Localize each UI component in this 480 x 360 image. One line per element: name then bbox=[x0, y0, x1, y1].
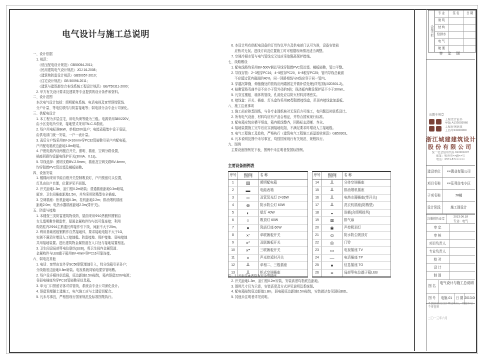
table-cell: 6 bbox=[229, 217, 239, 224]
signoff-rows: 专 业签 名日 期建 筑结 构给排水电 气暖 通 bbox=[435, 11, 476, 53]
table-cell bbox=[450, 232, 476, 240]
signoff-row: 电 气 bbox=[435, 39, 476, 46]
table-cell: 审 定 bbox=[426, 224, 450, 232]
legend-row: 23▭电视插座 TV bbox=[313, 247, 391, 255]
signature-row: 设 计 bbox=[426, 264, 475, 272]
company-logo-icon bbox=[429, 119, 442, 132]
table-cell: 图例 bbox=[322, 172, 343, 179]
table-cell: ▭ bbox=[322, 247, 343, 254]
drawing-name-value: 电气设计与施工总说明 bbox=[439, 280, 476, 293]
company-cert-lines: 工程设计证书甲级 A133005960工程咨询资质工咨甲13320060 bbox=[445, 118, 475, 133]
table-cell: 专业负责人 bbox=[426, 248, 450, 256]
legend-row: 16╨电热水器插座(带开关) bbox=[313, 195, 391, 203]
legend-row: 15╨排油烟机插座 bbox=[313, 187, 391, 195]
table-cell: ▬ bbox=[238, 187, 259, 194]
legend-row: 17╨洗衣机插座(防溅型) bbox=[313, 202, 391, 210]
legend-row: 2▬电能表箱 bbox=[229, 187, 308, 195]
table-cell: 10 bbox=[229, 247, 239, 254]
table-cell: 建 筑 bbox=[435, 18, 449, 25]
legend-row: 10×‴三联翘板开关 bbox=[229, 247, 308, 255]
legend-row: 9×″双联翘板开关 bbox=[229, 240, 308, 248]
table-cell: ××置业有限公司 bbox=[443, 166, 476, 178]
titleblock-divider-line bbox=[414, 9, 415, 351]
drawing-sheet: 电气设计与施工总说明 一、设计依据 1. 规范： 《低压配电设计规范》GB500… bbox=[0, 0, 480, 360]
project-field-row: 建设单位××置业有限公司 bbox=[426, 166, 475, 178]
table-cell bbox=[450, 240, 476, 248]
signature-row: 专业负责人 bbox=[426, 248, 475, 256]
drawing-name-label: 图 名 bbox=[426, 280, 439, 293]
table-cell: ● bbox=[238, 225, 259, 232]
table-cell: 照明配电箱 bbox=[259, 180, 308, 187]
project-field-row: 设计阶段施工图设计 bbox=[426, 202, 475, 214]
legend-row: 5◐壁灯 40W bbox=[229, 210, 308, 218]
table-cell bbox=[449, 18, 465, 25]
table-cell: 4 bbox=[229, 202, 239, 209]
license-stamp-discipline: 专业：电气 bbox=[447, 219, 476, 223]
table-cell: ═ bbox=[238, 195, 259, 202]
table-cell: 给排水 bbox=[435, 32, 449, 39]
table-cell: 制 图 bbox=[426, 272, 450, 280]
legend-row: 19⊠排气扇 bbox=[313, 217, 391, 225]
table-cell bbox=[450, 248, 476, 256]
table-cell: 电能表箱 bbox=[259, 187, 308, 194]
table-cell: ◐ bbox=[238, 210, 259, 217]
legend-row: 18◒浴霸(含照明排风) bbox=[313, 210, 391, 218]
legend-note-line: 5. 其他未注明者详见说明。 bbox=[228, 295, 413, 300]
legend-row: 11×声光控延时开关 bbox=[229, 255, 308, 263]
table-cell: ╨ bbox=[322, 180, 343, 187]
table-cell: 单联翘板开关 bbox=[259, 232, 308, 239]
table-cell bbox=[464, 18, 476, 25]
legend-row: 6○吸顶灯 60W bbox=[229, 217, 308, 225]
table-cell: 日 期 bbox=[464, 11, 476, 18]
table-cell: ×‴ bbox=[238, 247, 259, 254]
table-cell: ▤ bbox=[238, 180, 259, 187]
table-cell: 7#楼 bbox=[443, 190, 476, 202]
signoff-row: 给排水 bbox=[435, 32, 476, 39]
table-cell: 电视插座 TV bbox=[343, 247, 391, 254]
table-cell: ◒ bbox=[322, 210, 343, 217]
legend-row: 7●瓷质灯座 60W bbox=[229, 225, 308, 233]
legend-row: 4⊕防水防尘灯 60W bbox=[229, 202, 308, 210]
company-name-line2: 股份有限公司 bbox=[426, 143, 475, 151]
signoff-row: 建 筑 bbox=[435, 18, 476, 25]
legend-row: 20◉声控吸顶灯 bbox=[313, 225, 391, 233]
table-cell: 图例 bbox=[238, 172, 259, 179]
table-cell: 8 bbox=[229, 232, 239, 239]
legend-caption: 主要设备图例表 bbox=[228, 163, 254, 169]
table-cell: 声光控延时开关 bbox=[259, 255, 308, 262]
sheet-page: 电气设计与施工总说明 一、设计依据 1. 规范： 《低压配电设计规范》GB500… bbox=[0, 0, 480, 360]
table-cell: 2 bbox=[229, 187, 239, 194]
table-cell: 声控吸顶灯 bbox=[343, 225, 391, 232]
table-cell: 浴霸(含照明排风) bbox=[343, 210, 391, 217]
stamp-tag: 出图专用章 bbox=[429, 112, 444, 117]
drawing-name-row: 图 名 电气设计与施工总说明 bbox=[426, 280, 475, 294]
spec-left-column: 一、设计依据 1. 规范： 《低压配电设计规范》GB50054-2011； 《民… bbox=[33, 52, 224, 302]
table-cell: 16 bbox=[313, 195, 323, 202]
table-cell: 电话插座 TP bbox=[343, 255, 391, 262]
company-sub-lines: 统一社会信用代码 913301007地址：杭州市××路××号电话：0571-87… bbox=[426, 151, 475, 162]
table-cell: 签 名 bbox=[449, 11, 465, 18]
strip-divider-line bbox=[426, 59, 475, 60]
signature-rows: 审 定审 核项目负责人专业负责人校 对设 计制 图 bbox=[426, 224, 475, 280]
table-cell: 18 bbox=[313, 210, 323, 217]
spec-text-line: 主要设备图例见下表，图例中未注明者按国标图例。 bbox=[228, 148, 413, 154]
table-cell: 专 业 bbox=[435, 11, 449, 18]
table-cell: 15 bbox=[313, 187, 323, 194]
table-cell: 门铃 bbox=[343, 240, 391, 247]
spec-middle-column: 6. 本设计所有供配电设备的订货均以甲方及供电部门认可为准，设备安装前 应核对无… bbox=[228, 43, 413, 156]
table-cell: 壁灯 40W bbox=[259, 210, 308, 217]
company-sub-line: 电话：0571-87×××××× bbox=[426, 158, 475, 162]
table-cell: 22 bbox=[313, 240, 323, 247]
legend-row: 24—电话插座 TP bbox=[313, 255, 391, 263]
project-field-row: 子项名称7#楼 bbox=[426, 190, 475, 202]
table-cell: 设计阶段 bbox=[426, 202, 443, 214]
table-cell: 排气扇 bbox=[343, 217, 391, 224]
table-cell: ╨ bbox=[322, 187, 343, 194]
table-cell: 19 bbox=[313, 217, 323, 224]
table-cell: 5 bbox=[229, 210, 239, 217]
table-cell: 项目负责人 bbox=[426, 240, 450, 248]
table-cell: ××花苑住宅小区 bbox=[443, 178, 476, 190]
table-cell bbox=[449, 25, 465, 32]
table-cell: 9 bbox=[229, 240, 239, 247]
table-cell: 建设单位 bbox=[426, 166, 443, 178]
table-cell: 电热水器插座(带开关) bbox=[343, 195, 391, 202]
legend-row: 14╨分体空调插座 bbox=[313, 180, 391, 188]
cert-line: 工咨甲13320060 bbox=[445, 129, 475, 133]
signoff-row: 结 构 bbox=[435, 25, 476, 32]
approval-label: 审 定 图 bbox=[426, 51, 475, 56]
table-cell: 瓷质灯座 60W bbox=[259, 225, 308, 232]
table-cell: 双管荧光灯 2×36W bbox=[259, 195, 308, 202]
license-stamp-row: 注册师执业章 2013.06.18 专业：电气 bbox=[426, 215, 475, 225]
table-cell: 7 bbox=[229, 225, 239, 232]
table-cell bbox=[450, 256, 476, 264]
table-cell bbox=[450, 272, 476, 280]
table-cell: 11 bbox=[229, 255, 239, 262]
table-cell: 名 称 bbox=[259, 172, 308, 179]
legend-row: 3═双管荧光灯 2×36W bbox=[229, 195, 308, 203]
table-cell: 设 计 bbox=[426, 264, 450, 272]
table-cell bbox=[450, 224, 476, 232]
legend-table-left: 序号图例名 称1▤照明配电箱2▬电能表箱3═双管荧光灯 2×36W4⊕防水防尘灯… bbox=[228, 171, 308, 278]
signature-row: 制 图 bbox=[426, 272, 475, 280]
table-cell: ×′ bbox=[238, 232, 259, 239]
table-cell: ● bbox=[322, 262, 343, 269]
sheet-title: 电气设计与施工总说明 bbox=[62, 27, 152, 40]
table-cell: 双联翘板开关 bbox=[259, 240, 308, 247]
legend-notes: 注：1. 凡标注※者均为安全型插座。 2. 开关距地1.3m、距门框0.2m安装… bbox=[228, 274, 413, 300]
table-cell: 施工图设计 bbox=[443, 202, 476, 214]
table-cell: 序号 bbox=[229, 172, 239, 179]
table-cell bbox=[449, 39, 465, 46]
table-cell: × bbox=[238, 255, 259, 262]
table-cell: 1 bbox=[229, 180, 239, 187]
table-cell: 吸顶灯 60W bbox=[259, 217, 308, 224]
table-cell: 17 bbox=[313, 202, 323, 209]
table-cell: 14 bbox=[313, 180, 323, 187]
table-cell bbox=[450, 264, 476, 272]
titleblock-footnote: 本图版权归设计单位所有，未经许可不得复制 bbox=[428, 302, 474, 309]
project-field-row: 项目名称××花苑住宅小区 bbox=[426, 178, 475, 190]
table-cell: 洗衣机插座(防溅型) bbox=[343, 202, 391, 209]
signature-row: 审 定 bbox=[426, 224, 475, 232]
table-cell bbox=[464, 25, 476, 32]
table-cell: 名 称 bbox=[343, 172, 391, 179]
signature-row: 审 核 bbox=[426, 232, 475, 240]
spec-text-line: 5. 凡未尽事宜，严格按现行国家规范及标准图集执行。 bbox=[33, 295, 224, 300]
table-cell: 子项名称 bbox=[426, 190, 443, 202]
table-cell: 结 构 bbox=[435, 25, 449, 32]
legend-row: 21⊙防水防尘吸顶灯 bbox=[313, 232, 391, 240]
table-cell: ◎ bbox=[322, 240, 343, 247]
table-cell: 23 bbox=[313, 247, 323, 254]
table-cell: ⊕ bbox=[238, 202, 259, 209]
table-cell: ⊙ bbox=[322, 232, 343, 239]
table-cell: 防水防尘吸顶灯 bbox=[343, 232, 391, 239]
table-cell: ╨ bbox=[322, 202, 343, 209]
legend-row: 8×′单联翘板开关 bbox=[229, 232, 308, 240]
table-cell: 审 核 bbox=[426, 232, 450, 240]
table-cell bbox=[464, 32, 476, 39]
table-cell: 排油烟机插座 bbox=[343, 187, 391, 194]
table-cell: 信息插座 TO bbox=[343, 262, 391, 269]
table-cell: 24 bbox=[313, 255, 323, 262]
table-cell: ╨ bbox=[322, 195, 343, 202]
legend-row: 序号图例名 称 bbox=[313, 172, 391, 180]
table-cell: 21 bbox=[313, 232, 323, 239]
table-cell: 分体空调插座 bbox=[343, 180, 391, 187]
legend-row: 22◎门铃 bbox=[313, 240, 391, 248]
table-cell: — bbox=[322, 255, 343, 262]
table-cell: ○ bbox=[238, 217, 259, 224]
table-cell: 单相二、三极插座 bbox=[259, 262, 308, 269]
table-cell: ╨ bbox=[238, 262, 259, 269]
table-cell: 序号 bbox=[313, 172, 323, 179]
table-cell: 项目名称 bbox=[426, 178, 443, 190]
signoff-table: 会签栏 专 业签 名日 期建 筑结 构给排水电 气暖 通 bbox=[428, 10, 476, 53]
legend-row: 25●信息插座 TO bbox=[313, 262, 391, 270]
signature-block: 注册师执业章 2013.06.18 专业：电气 审 定审 核项目负责人专业负责人… bbox=[426, 214, 475, 304]
table-cell bbox=[464, 39, 476, 46]
legend-table-right: 序号图例名 称14╨分体空调插座15╨排油烟机插座16╨电热水器插座(带开关)1… bbox=[312, 171, 391, 278]
signature-row: 项目负责人 bbox=[426, 240, 475, 248]
table-cell: ◉ bbox=[322, 225, 343, 232]
titleblock-footnote-date: 二〇一三年六月 bbox=[428, 316, 474, 320]
legend-row: 1▤照明配电箱 bbox=[229, 180, 308, 188]
table-cell: ×″ bbox=[238, 240, 259, 247]
table-cell: ⊠ bbox=[322, 217, 343, 224]
signoff-row: 专 业签 名日 期 bbox=[435, 11, 476, 18]
license-stamp-label: 注册师执业章 bbox=[426, 215, 447, 224]
signature-row: 校 对 bbox=[426, 256, 475, 264]
table-cell: 3 bbox=[229, 195, 239, 202]
legend-row: 序号图例名 称 bbox=[229, 172, 308, 180]
table-cell: 25 bbox=[313, 262, 323, 269]
table-cell bbox=[449, 32, 465, 39]
project-fields-table: 建设单位××置业有限公司项目名称××花苑住宅小区子项名称7#楼设计阶段施工图设计 bbox=[426, 166, 475, 214]
table-cell: 校 对 bbox=[426, 256, 450, 264]
table-cell: 防水防尘灯 60W bbox=[259, 202, 308, 209]
table-cell: 电 气 bbox=[435, 39, 449, 46]
table-cell: 20 bbox=[313, 225, 323, 232]
table-cell: 12 bbox=[229, 262, 239, 269]
table-cell: 三联翘板开关 bbox=[259, 247, 308, 254]
legend-row: 12╨单相二、三极插座 bbox=[229, 262, 308, 270]
license-stamp-info: 2013.06.18 专业：电气 bbox=[447, 215, 476, 224]
